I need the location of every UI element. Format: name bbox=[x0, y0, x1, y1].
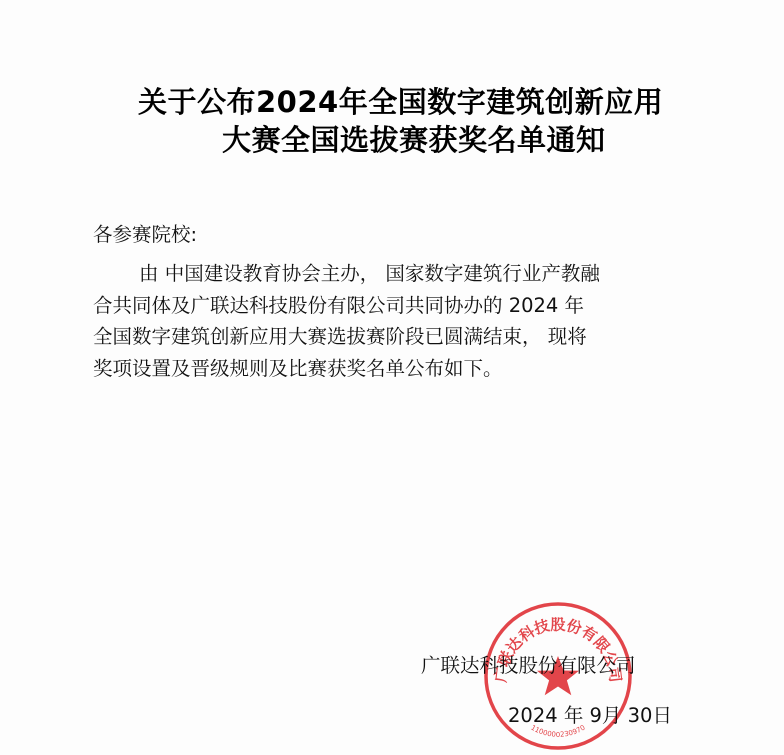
seal-serial-text: 1100000230970 bbox=[529, 724, 586, 739]
red-star-icon bbox=[537, 656, 579, 695]
body-paragraph-line-3: 全国数字建筑创新应用大赛选拔赛阶段已圆满结束， 现将 bbox=[93, 321, 663, 349]
body-paragraph-line-4: 奖项设置及晋级规则及比赛获奖名单公布如下。 bbox=[93, 353, 663, 381]
salutation: 各参赛院校: bbox=[93, 219, 197, 247]
company-seal-icon: 广联达科技股份有限公司 1100000230970 bbox=[482, 600, 634, 752]
document-title-line-1: 关于公布2024年全国数字建筑创新应用 bbox=[138, 80, 663, 121]
body-paragraph-line-2: 合共同体及广联达科技股份有限公司共同协办的 2024 年 bbox=[93, 290, 663, 318]
document-title-line-2: 大赛全国选拔赛获奖名单通知 bbox=[222, 118, 606, 159]
body-paragraph-line-1: 由 中国建设教育协会主办， 国家数字建筑行业产教融 bbox=[93, 258, 663, 286]
